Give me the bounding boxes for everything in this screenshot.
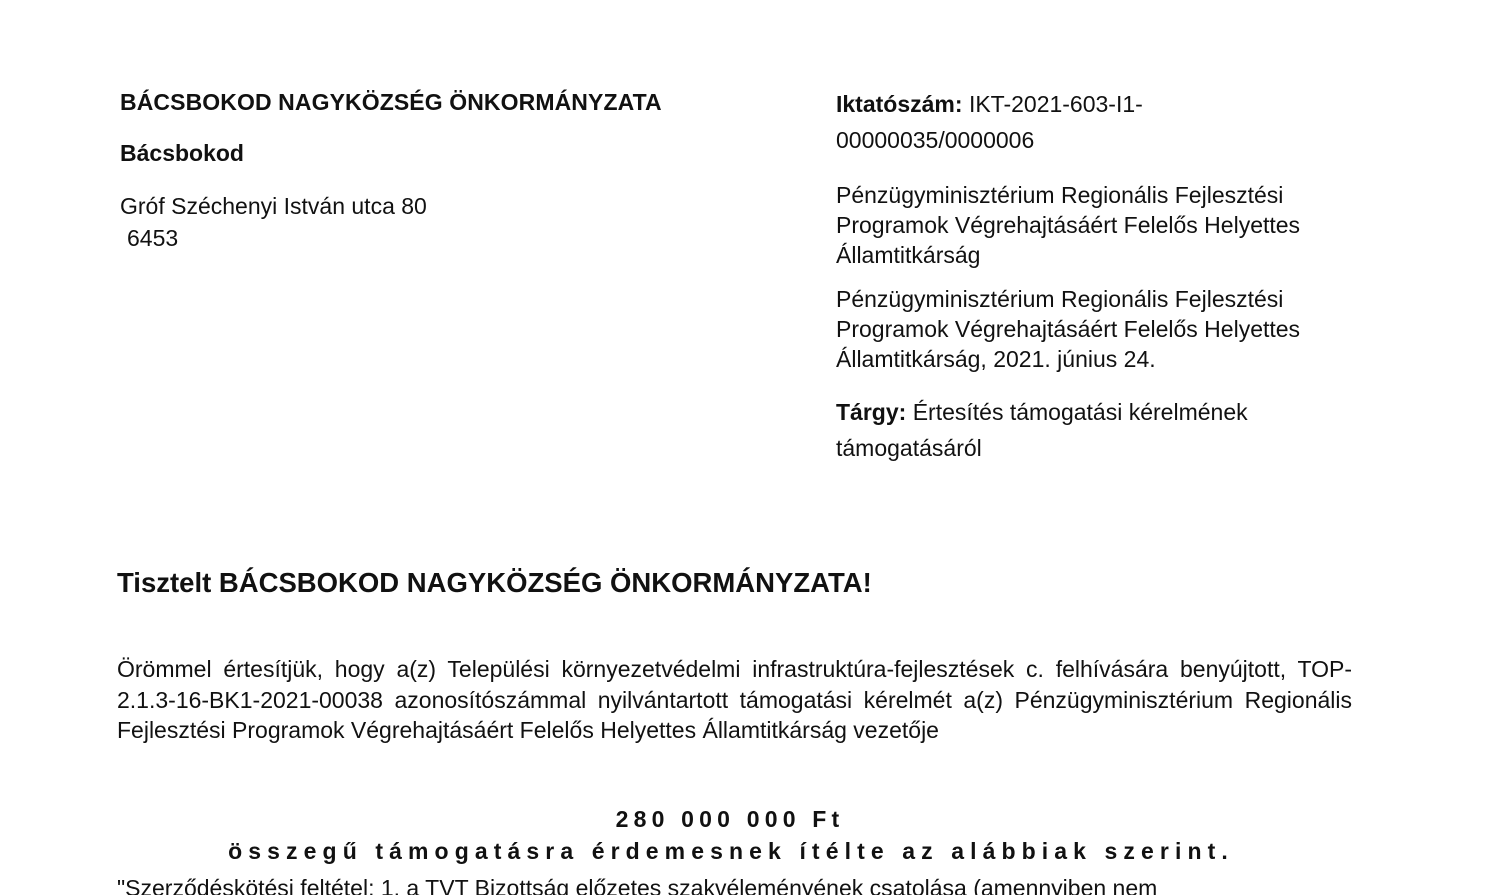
sender-block: BÁCSBOKOD NAGYKÖZSÉG ÖNKORMÁNYZATA Bácsb…: [120, 86, 800, 252]
sender-name: BÁCSBOKOD NAGYKÖZSÉG ÖNKORMÁNYZATA: [120, 86, 800, 118]
contract-condition: "Szerződéskötési feltétel: 1. a TVT Bizo…: [117, 873, 1417, 895]
filing-number-label: Iktatószám:: [836, 91, 963, 117]
sender-address: Gróf Széchenyi István utca 80: [120, 188, 800, 224]
subject-value: Értesítés támogatási kérelmének: [913, 399, 1248, 425]
filing-number-value: IKT-2021-603-I1-: [969, 91, 1143, 117]
sender-city: Bácsbokod: [120, 137, 800, 169]
grant-amount-description: összegű támogatásra érdemesnek ítélte az…: [0, 835, 1462, 867]
subject-label: Tárgy:: [836, 399, 906, 425]
subject-line: Tárgy: Értesítés támogatási kérelmének t…: [836, 394, 1396, 466]
filing-number-value-cont: 00000035/0000006: [836, 127, 1034, 153]
subject-value-cont: támogatásáról: [836, 435, 982, 461]
sender-zip: 6453: [120, 224, 800, 252]
body-paragraph: Örömmel értesítjük, hogy a(z) Települési…: [117, 654, 1352, 746]
grant-amount: 280 000 000 Ft: [0, 803, 1460, 835]
place-and-date: Pénzügyminisztérium Regionális Fejleszté…: [836, 284, 1396, 374]
document-page: BÁCSBOKOD NAGYKÖZSÉG ÖNKORMÁNYZATA Bácsb…: [0, 0, 1496, 895]
salutation: Tisztelt BÁCSBOKOD NAGYKÖZSÉG ÖNKORMÁNYZ…: [117, 563, 872, 603]
filing-number: Iktatószám: IKT-2021-603-I1- 00000035/00…: [836, 86, 1396, 158]
issuer-organization: Pénzügyminisztérium Regionális Fejleszté…: [836, 180, 1396, 270]
meta-block: Iktatószám: IKT-2021-603-I1- 00000035/00…: [836, 86, 1396, 466]
